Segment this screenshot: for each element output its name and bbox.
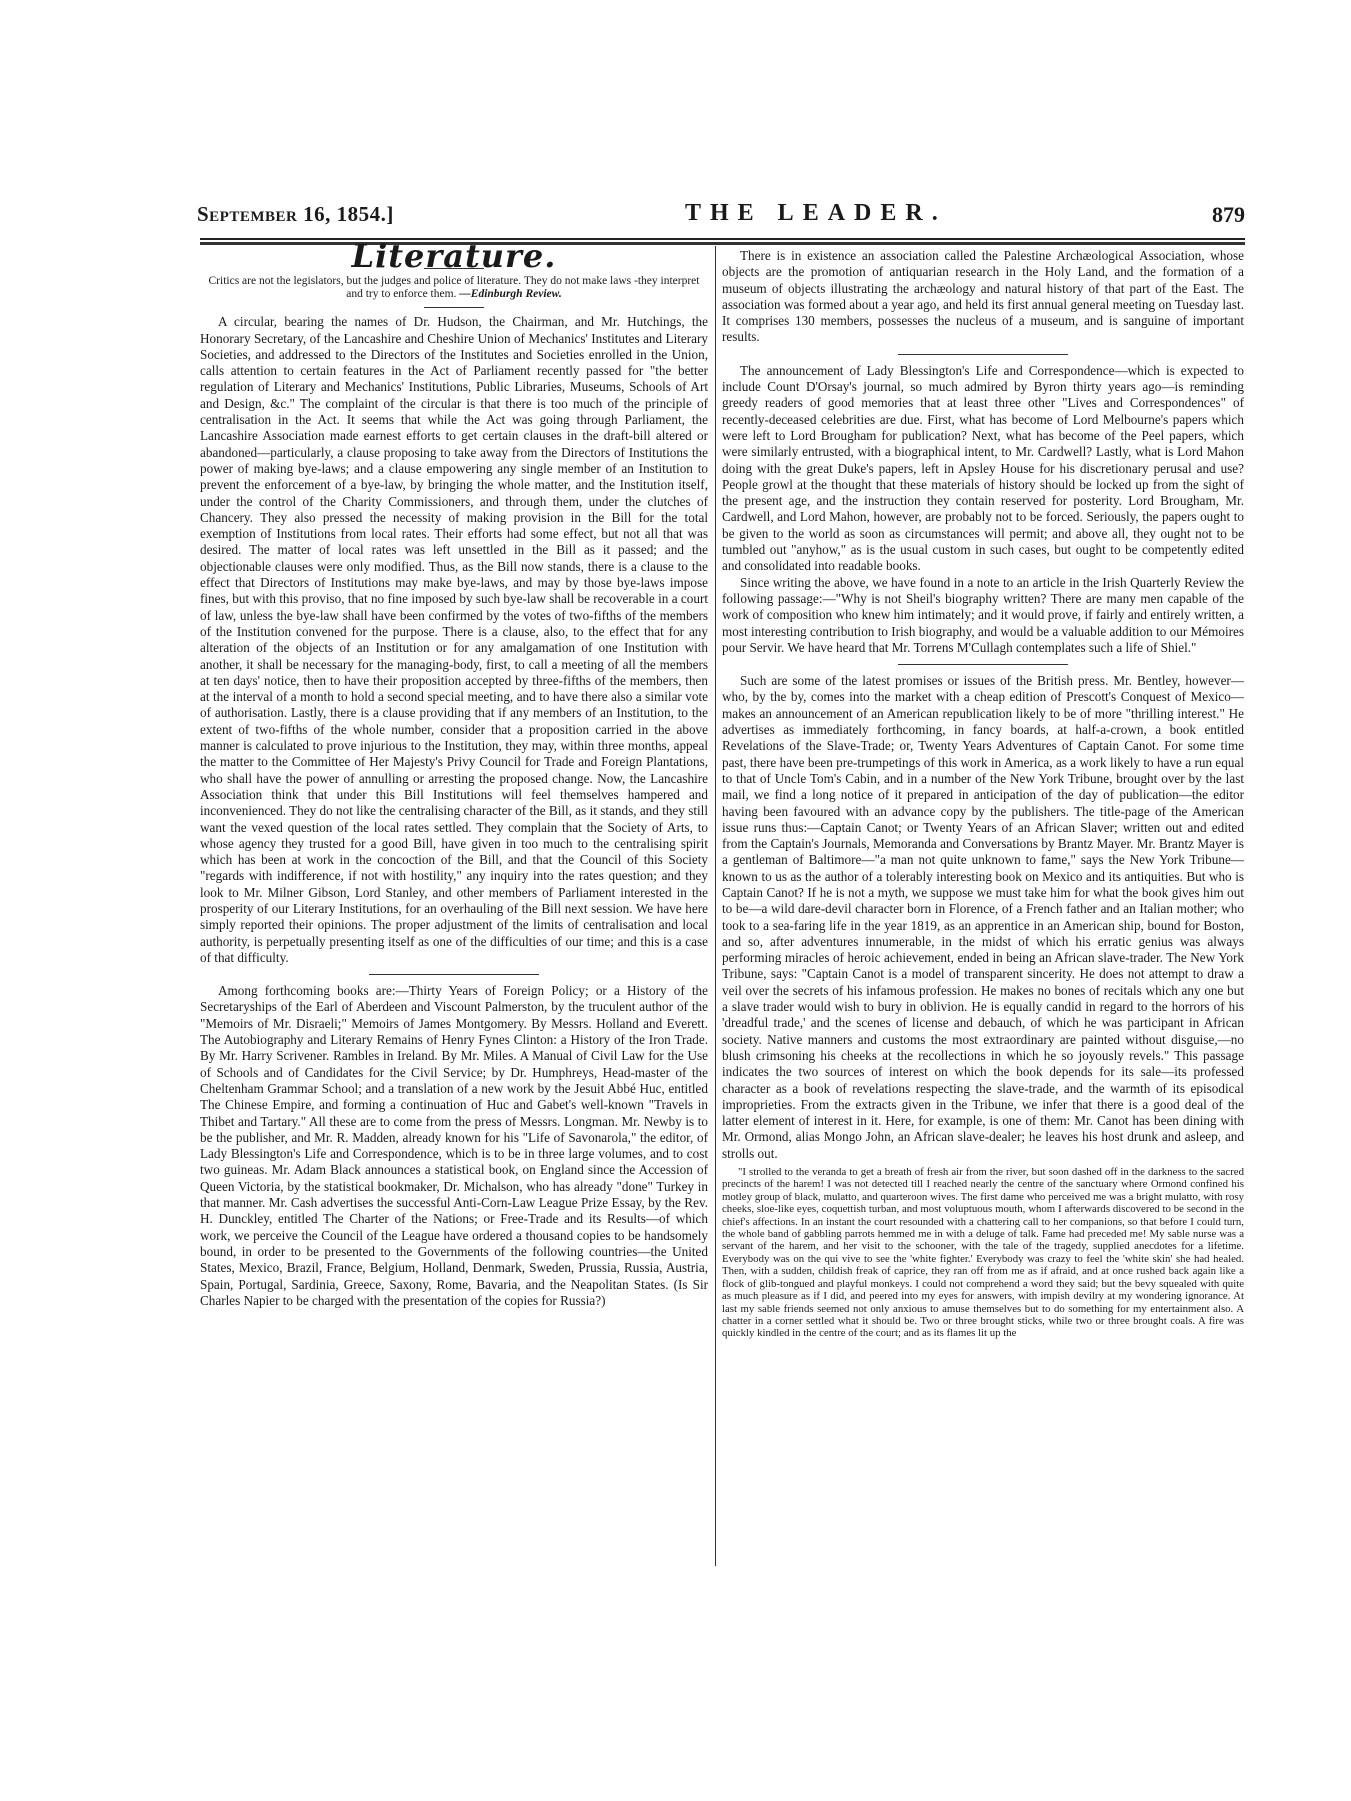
page-number: 879 — [1212, 202, 1245, 228]
article-separator — [369, 974, 539, 975]
masthead: September 16, 1854.] THE LEADER. 879 — [197, 202, 1245, 232]
article-circular: A circular, bearing the names of Dr. Hud… — [200, 314, 708, 966]
canot-quote: "I strolled to the veranda to get a brea… — [722, 1166, 1244, 1340]
right-column: There is in existence an association cal… — [722, 248, 1244, 1340]
article-blessington: The announcement of Lady Blessington's L… — [722, 363, 1244, 575]
epigraph-text: Critics are not the legislators, but the… — [209, 275, 700, 300]
article-captain-canot: Such are some of the latest promises or … — [722, 673, 1244, 1162]
epigraph: Critics are not the legislators, but the… — [208, 275, 700, 301]
epigraph-source: —Edinburgh Review. — [459, 288, 561, 300]
article-palestine-association: There is in existence an association cal… — [722, 248, 1244, 346]
article-forthcoming-books: Among forthcoming books are:—Thirty Year… — [200, 983, 708, 1309]
column-divider — [715, 246, 716, 1566]
issue-date: September 16, 1854.] — [197, 202, 394, 227]
section-heading: Literature. — [200, 248, 708, 264]
epigraph-rule — [424, 307, 484, 308]
article-separator — [898, 354, 1068, 355]
newspaper-title: THE LEADER. — [685, 200, 947, 227]
left-column: Literature. Critics are not the legislat… — [200, 248, 708, 1309]
article-sheil: Since writing the above, we have found i… — [722, 575, 1244, 656]
article-separator — [898, 664, 1068, 665]
newspaper-page: September 16, 1854.] THE LEADER. 879 Lit… — [0, 0, 1351, 1801]
